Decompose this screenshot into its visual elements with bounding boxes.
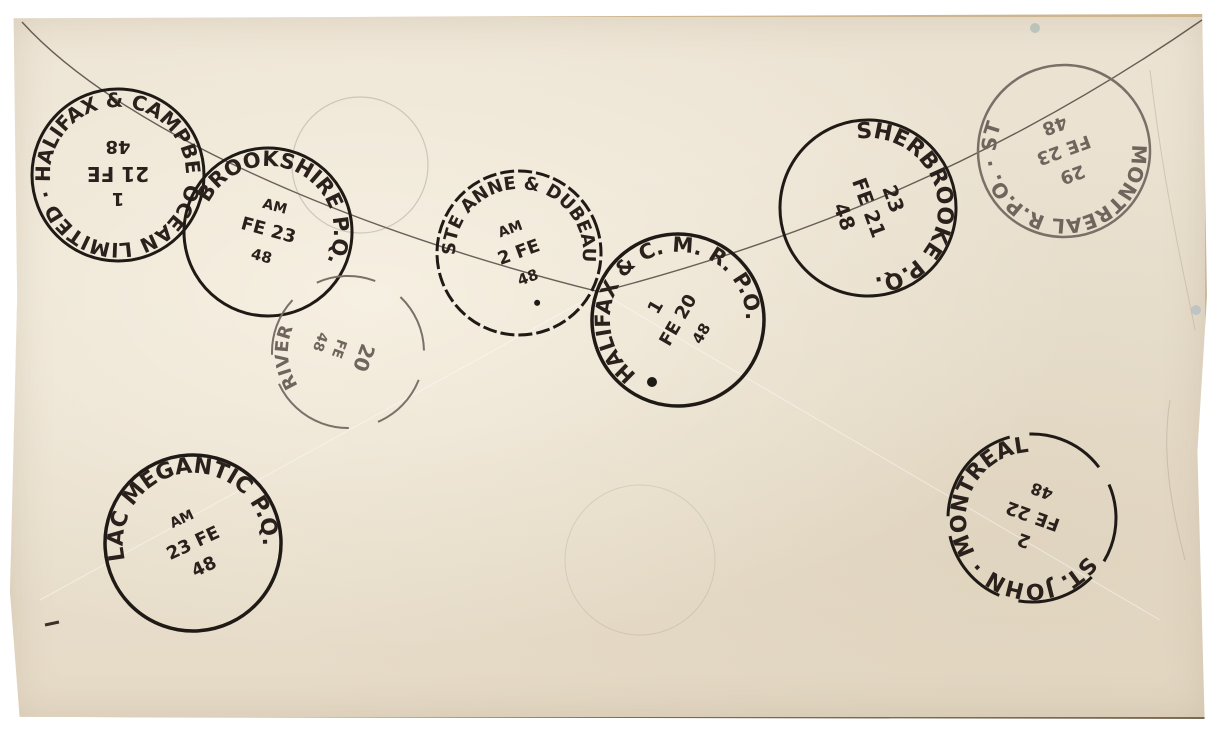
postmark-line: AM [167,507,196,532]
postmark-montreal-rpo: MONTREAL R.P.O. · ST 29 FE 23 48 [973,60,1155,242]
postmark-ste-anne-dubeau: STE ANNE & DUBEAU AM 2 FE 48 [432,166,606,340]
postmark-date: FE [328,337,350,360]
postmark-line: 1 [112,188,125,209]
postmark-date: FE 22 [1003,496,1063,535]
postmark-year: 48 [1028,478,1055,503]
postmark-line: 20 [348,341,380,375]
postmark-line: 29 [1057,160,1088,188]
postmark-year: 48 [515,265,541,289]
postmark-year: 48 [688,320,714,347]
postmark-lac-megantic: LAC MEGANTIC P.Q. AM 23 FE 48 [101,451,285,635]
postmark-year: 48 [309,330,331,354]
postmark-halifax-campbellton: HALIFAX & C. M. R. P.O. 1 FE 20 48 [588,230,768,410]
postmark-line: 1 [644,297,668,318]
postmark-st-john-montreal: ST. JOHN · MONTREAL 2 FE 22 48 [942,428,1122,608]
postmark-date: 21 FE [87,162,149,186]
postmark-year: 48 [1039,111,1070,139]
postmark-line: AM [261,196,289,218]
postmark-date: FE 23 [239,213,298,248]
postmark-line: AM [496,218,525,242]
postmark-sherbrooke: SHERBROOKE P.Q. 23 FE 21 48 [776,116,960,300]
postmark-line: 2 [1014,528,1033,552]
postmark-date: FE 23 [1034,130,1094,169]
postmark-year: 48 [249,245,274,268]
postmark-river: RIVER 20 FE 48 [268,272,428,432]
postmark-year: 48 [188,552,220,582]
postmark-year: 48 [105,136,130,157]
